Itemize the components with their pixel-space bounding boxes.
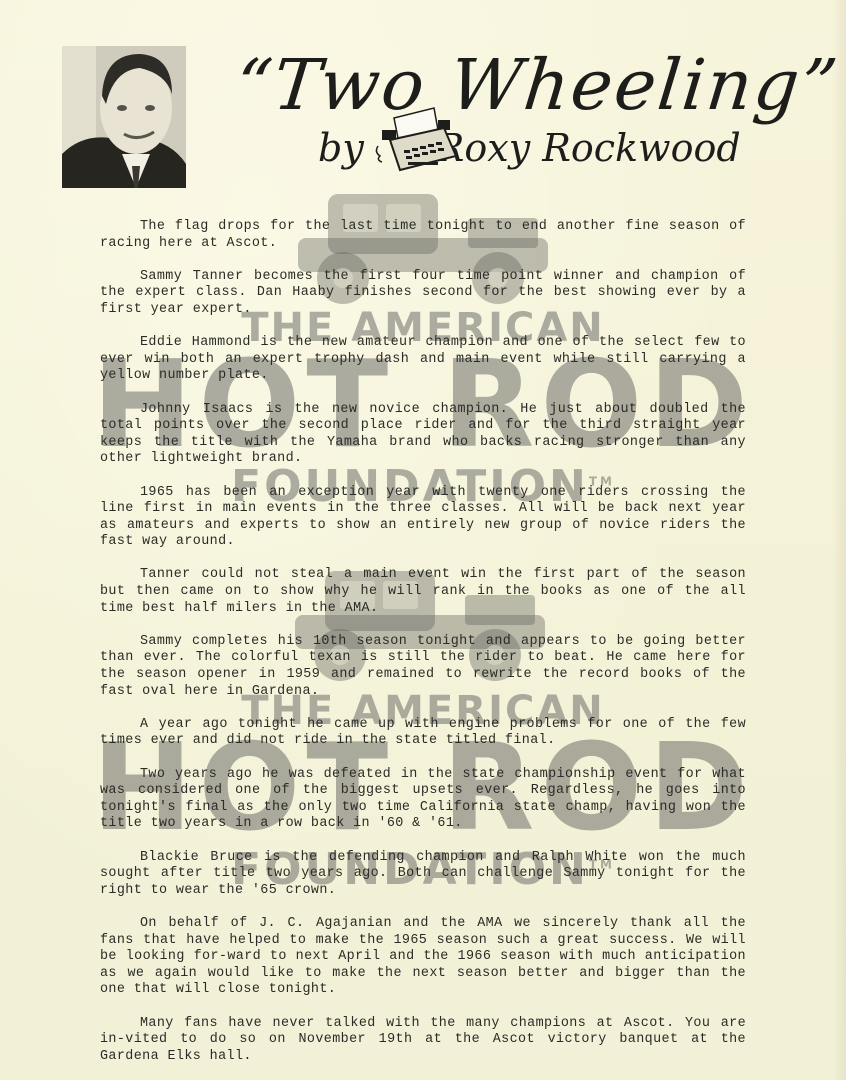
typewriter-icon <box>372 96 462 176</box>
paragraph: Eddie Hammond is the new amateur champio… <box>100 335 746 385</box>
paragraph: Sammy Tanner becomes the first four time… <box>100 269 746 319</box>
paragraph: Two years ago he was defeated in the sta… <box>100 767 746 833</box>
paragraph: Many fans have never talked with the man… <box>100 1016 746 1066</box>
author-name: Roxy Rockwood <box>436 126 741 170</box>
article-body: The flag drops for the last time tonight… <box>100 219 746 1080</box>
document-page: THE AMERICAN HOT ROD FOUNDATIONTM THE AM… <box>0 0 846 1080</box>
author-photo <box>62 46 186 188</box>
portrait-icon <box>62 46 186 188</box>
page-edge-shadow <box>832 0 846 1080</box>
paragraph: A year ago tonight he came up with engin… <box>100 717 746 750</box>
paragraph: On behalf of J. C. Agajanian and the AMA… <box>100 916 746 999</box>
paragraph: Tanner could not steal a main event win … <box>100 567 746 617</box>
paragraph: 1965 has been an exception year with twe… <box>100 485 746 551</box>
paragraph: Blackie Bruce is the defending champion … <box>100 850 746 900</box>
paragraph: Sammy completes his 10th season tonight … <box>100 634 746 700</box>
byline-by: by <box>318 126 364 170</box>
paragraph: Johnny Isaacs is the new novice champion… <box>100 402 746 468</box>
article-title: “Two Wheeling” <box>232 44 843 126</box>
paragraph: The flag drops for the last time tonight… <box>100 219 746 252</box>
